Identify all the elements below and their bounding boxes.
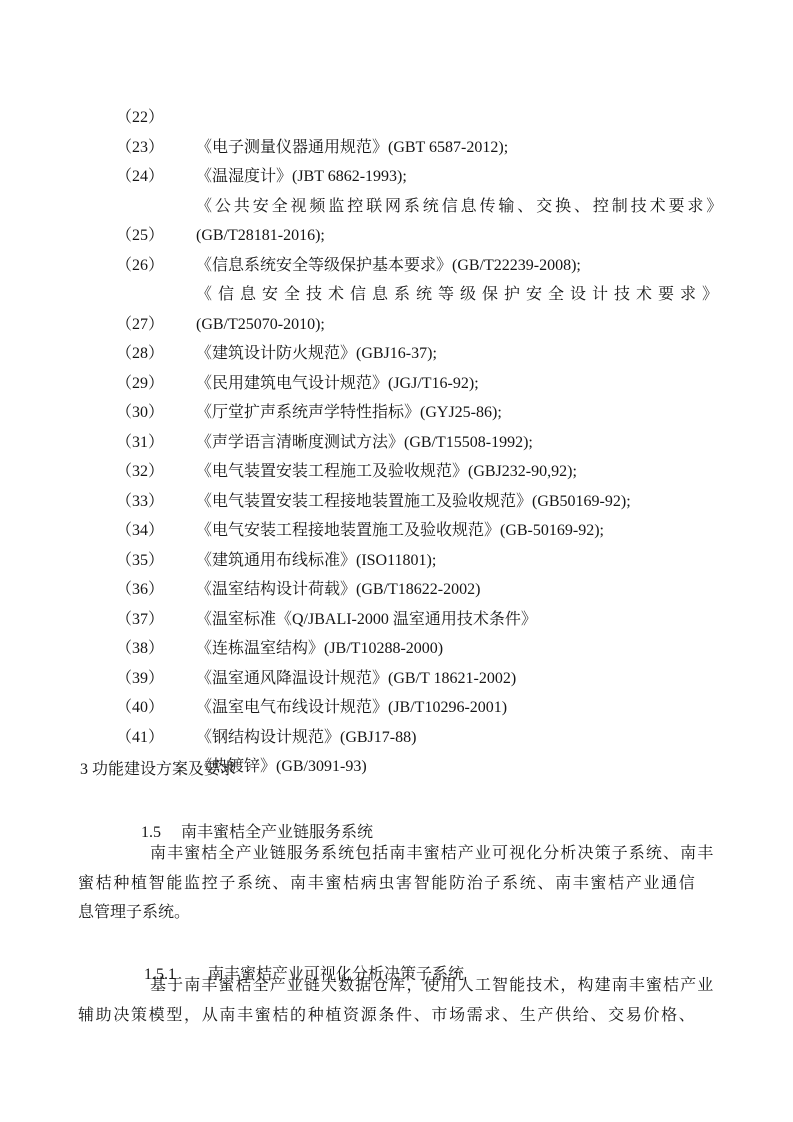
list-item-number: （39） [116, 664, 164, 694]
list-item-number: （40） [116, 693, 164, 723]
section-heading-3: 3 功能建设方案及要求 [80, 755, 236, 785]
list-item: （33）《电气安装工程接地装置施工及验收规范》(GB-50169-92); [0, 487, 793, 517]
list-item: （37）《连栋温室结构》(JB/T10288-2000) [0, 605, 793, 635]
paragraph-line: 辅助决策模型，从南丰蜜桔的种植资源条件、市场需求、生产供给、交易价格、 [78, 1001, 718, 1031]
list-item: （30）《声学语言清晰度测试方法》(GB/T15508-1992); [0, 398, 793, 428]
list-item-number: （32） [116, 457, 164, 487]
list-item-number: （30） [116, 398, 164, 428]
list-item: （32）《电气装置安装工程接地装置施工及验收规范》(GB50169-92); [0, 457, 793, 487]
paragraph-line: 基于南丰蜜桔全产业链大数据仓库，使用人工智能技术，构建南丰蜜桔产业 [78, 971, 718, 1001]
list-item: （29）《厅堂扩声系统声学特性指标》(GYJ25-86); [0, 369, 793, 399]
list-item: （23）《温湿度计》(JBT 6862-1993); [0, 133, 793, 163]
list-item: （22）《电子测量仪器通用规范》(GBT 6587-2012); [0, 103, 793, 133]
list-item: （36）《温室标准《Q/JBALI-2000 温室通用技术条件》 [0, 575, 793, 605]
subsection-heading-1-5: 1.5南丰蜜桔全产业链服务系统 [125, 788, 373, 818]
paragraph-overview: 南丰蜜桔全产业链服务系统包括南丰蜜桔产业可视化分析决策子系统、南丰 蜜桔种植智能… [78, 839, 718, 928]
list-item: （40）《钢结构设计规范》(GBJ17-88) [0, 693, 793, 723]
list-item-number: （27） [116, 310, 164, 340]
list-item-number: （31） [116, 428, 164, 458]
list-item-number: （24） [116, 162, 164, 192]
list-item-number: （23） [116, 133, 164, 163]
list-item-continuation: (GB/T28181-2016); [0, 192, 793, 222]
list-item-number: （35） [116, 546, 164, 576]
list-item: （38）《温室通风降温设计规范》(GB/T 18621-2002) [0, 634, 793, 664]
list-item-number: （41） [116, 723, 164, 753]
list-item-number: （33） [116, 487, 164, 517]
list-item: （34）《建筑通用布线标准》(ISO11801); [0, 516, 793, 546]
list-item-number: （25） [116, 221, 164, 251]
list-item: （27）《建筑设计防火规范》(GBJ16-37); [0, 310, 793, 340]
list-item-number: （26） [116, 251, 164, 281]
list-item-continuation: (GB/T25070-2010); [0, 280, 793, 310]
list-item-number: （34） [116, 516, 164, 546]
list-item: （39）《温室电气布线设计规范》(JB/T10296-2001) [0, 664, 793, 694]
list-item-number: （29） [116, 369, 164, 399]
list-item: （28）《民用建筑电气设计规范》(JGJ/T16-92); [0, 339, 793, 369]
list-item-number: （22） [116, 103, 164, 133]
subsection-heading-1-5-1: 1.5.1南丰蜜桔产业可视化分析决策子系统 [128, 930, 464, 960]
paragraph-line: 南丰蜜桔全产业链服务系统包括南丰蜜桔产业可视化分析决策子系统、南丰 [78, 839, 718, 869]
list-item-number: （37） [116, 605, 164, 635]
list-item-number: （36） [116, 575, 164, 605]
list-item: （24）《公共安全视频监控联网系统信息传输、交换、控制技术要求》 [0, 162, 793, 192]
paragraph-line: 蜜桔种植智能监控子系统、南丰蜜桔病虫害智能防治子系统、南丰蜜桔产业通信 [78, 869, 718, 899]
paragraph-decision-system: 基于南丰蜜桔全产业链大数据仓库，使用人工智能技术，构建南丰蜜桔产业 辅助决策模型… [78, 971, 718, 1030]
list-item-number: （28） [116, 339, 164, 369]
document-page: （22）《电子测量仪器通用规范》(GBT 6587-2012); （23）《温湿… [0, 0, 793, 1122]
reference-standards-list: （22）《电子测量仪器通用规范》(GBT 6587-2012); （23）《温湿… [0, 103, 793, 752]
list-item: （26）《信息安全技术信息系统等级保护安全设计技术要求》 [0, 251, 793, 281]
paragraph-line: 息管理子系统。 [78, 898, 718, 928]
list-item-number: （38） [116, 634, 164, 664]
list-item: （25）《信息系统安全等级保护基本要求》(GB/T22239-2008); [0, 221, 793, 251]
list-item: （35）《温室结构设计荷载》(GB/T18622-2002) [0, 546, 793, 576]
list-item: （41）《热镀锌》(GB/3091-93) [0, 723, 793, 753]
list-item: （31）《电气装置安装工程施工及验收规范》(GBJ232-90,92); [0, 428, 793, 458]
